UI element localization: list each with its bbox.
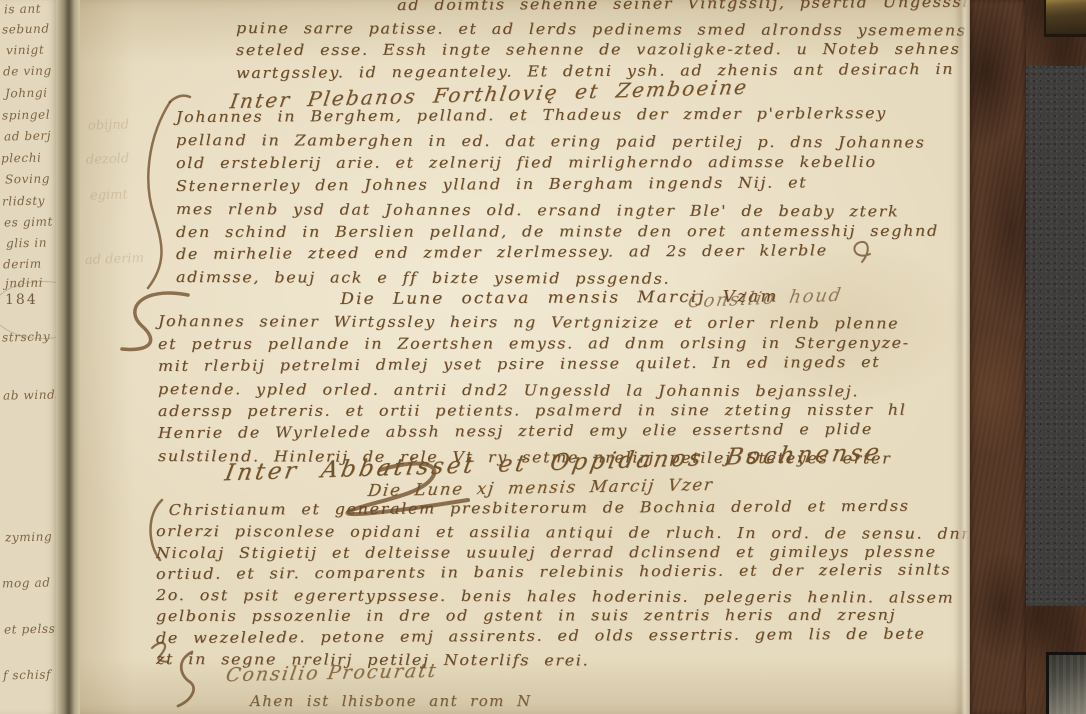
section-heading-consilio-procuratt: Consilio Procuratt [224, 660, 439, 687]
facing-page-line-fragment: Soving [5, 172, 50, 187]
facing-page-line-fragment: vinigt [6, 43, 45, 58]
bleedthrough-fragment: obijnd [88, 117, 130, 133]
facing-page-edge: is ant sebund vinigt de ving Johngi spin… [0, 0, 58, 714]
facing-page-line-fragment: plechi [1, 151, 42, 166]
facing-page-line-fragment: derim [3, 257, 42, 272]
section-1-paragraph: Johannes in Berghem, pelland. et Thadeus… [176, 106, 939, 289]
brass-clasp [1044, 0, 1086, 37]
facing-page-line-fragment: de ving [3, 63, 52, 78]
facing-page-line-fragment: rlidsty [2, 194, 45, 209]
manuscript-line: Stenernerley den Johnes ylland in Bergha… [176, 170, 939, 197]
date-line: Die Lune octava mensis Marcij Vzam [340, 285, 910, 311]
bleedthrough-fragment: dezold [86, 151, 130, 167]
facing-page-line-fragment: es gimt [4, 214, 53, 229]
library-stamp-outline [0, 281, 58, 339]
manuscript-line: Henrie de Wyrlelede abssh nessj zterid e… [158, 418, 910, 445]
opening-paragraph: ad doimtis sehenne seiner Vintgsslij, ps… [236, 0, 970, 84]
facing-page-line-fragment: et pelssh [4, 621, 58, 636]
bleedthrough-fragment: egimt [90, 187, 128, 203]
manuscript-line: ortiud. et sir. comparents in banis rele… [156, 559, 970, 585]
glass-plate [1046, 652, 1086, 714]
section-3-paragraph: Christianum et generalem presbiterorum d… [156, 500, 970, 670]
bleedthrough-fragment: ad derim [85, 251, 144, 268]
facing-page-line-fragment: f schisf [3, 667, 51, 682]
page-gutter-shadow [56, 0, 82, 714]
facing-page-line-fragment: zyming [5, 530, 53, 545]
manuscript-line: Johannes in Berghem, pelland. et Thadeus… [176, 102, 939, 129]
facing-page-line-fragment: sebund [2, 22, 50, 37]
facing-page-line-fragment: Johngi [5, 86, 48, 101]
facing-page-line-fragment: is ant [4, 2, 41, 17]
manuscript-line: mit rlerbij petrelmi dmlej yset psire in… [158, 351, 910, 378]
leather-cover-edge [968, 0, 1026, 714]
manuscript-page: obijnd dezold egimt ad derim ad doimtis … [80, 0, 970, 714]
facing-page-line-fragment: glis in [6, 236, 47, 251]
manuscript-line: de wezelelede. petone emj assirents. ed … [156, 623, 970, 649]
page-number: 184 [5, 292, 38, 308]
section-2-paragraph: Die Lune octava mensis Marcij Vzam Johan… [158, 288, 910, 467]
facing-page-line-fragment: ad berj [4, 129, 51, 144]
manuscript-scan: is ant sebund vinigt de ving Johngi spin… [0, 0, 1086, 714]
manuscript-line: Ahen ist lhisbone ant rom N [250, 692, 532, 710]
manuscript-line: de mirhelie zteed end zmder zlerlmessey.… [176, 239, 939, 266]
facing-page-line-fragment: spingel [2, 107, 51, 122]
facing-page-line-fragment: ab winds [3, 387, 58, 402]
manuscript-line: Christianum et generalem presbiterorum d… [169, 495, 970, 521]
facing-page-line-fragment: mog ad [2, 575, 51, 590]
manuscript-line: ad doimtis sehenne seiner Vintgsslij, ps… [397, 0, 970, 17]
